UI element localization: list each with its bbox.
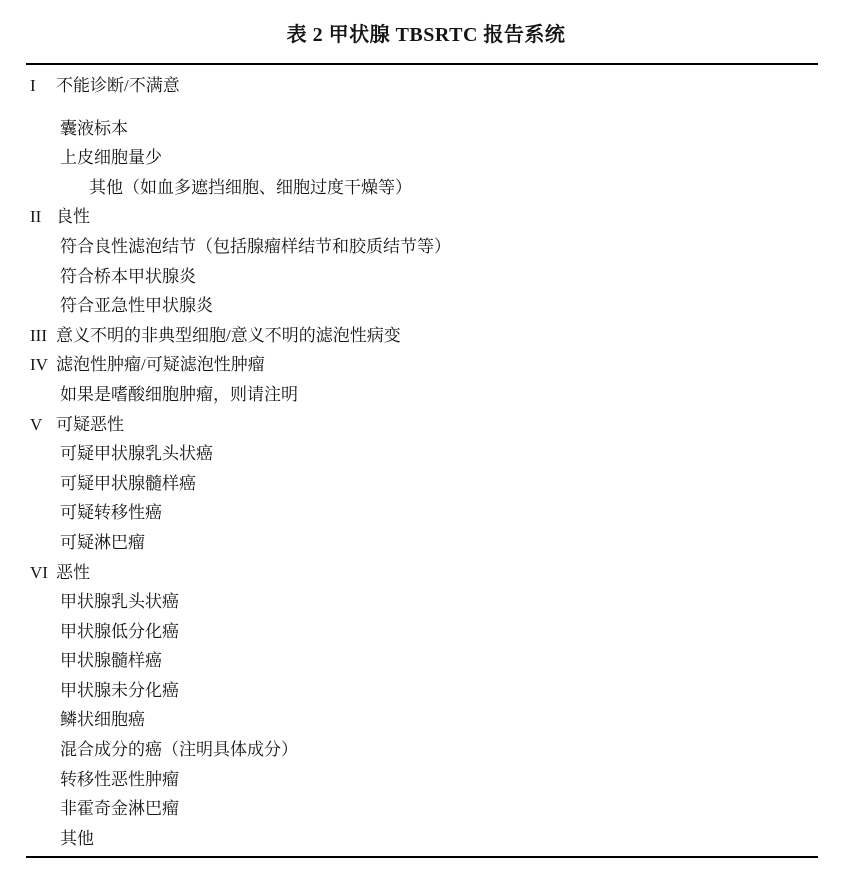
item-row: 甲状腺低分化癌 — [26, 617, 818, 647]
item-row: 上皮细胞量少 — [26, 143, 818, 173]
item-row: 可疑甲状腺乳头状癌 — [26, 439, 818, 469]
category-row-3: III意义不明的非典型细胞/意义不明的滤泡性病变 — [26, 321, 818, 351]
item-row: 其他（如血多遮挡细胞、细胞过度干燥等） — [26, 173, 818, 203]
table-title: 表 2 甲状腺 TBSRTC 报告系统 — [0, 0, 852, 47]
item-row: 甲状腺未分化癌 — [26, 676, 818, 706]
item-row: 非霍奇金淋巴瘤 — [26, 794, 818, 824]
item-label: 符合亚急性甲状腺炎 — [60, 296, 213, 315]
category-label: 恶性 — [56, 563, 90, 582]
category-numeral: II — [30, 202, 56, 232]
item-label: 甲状腺髓样癌 — [60, 651, 162, 670]
item-label: 其他（如血多遮挡细胞、细胞过度干燥等） — [89, 178, 412, 197]
item-row: 混合成分的癌（注明具体成分） — [26, 735, 818, 765]
item-label: 非霍奇金淋巴瘤 — [60, 799, 179, 818]
blank-line — [26, 101, 818, 114]
item-row: 符合亚急性甲状腺炎 — [26, 291, 818, 321]
category-label: 良性 — [56, 207, 90, 226]
item-label: 可疑转移性癌 — [60, 503, 162, 522]
item-label: 符合良性滤泡结节（包括腺瘤样结节和胶质结节等） — [60, 237, 451, 256]
item-label: 囊液标本 — [60, 119, 128, 138]
item-row: 甲状腺髓样癌 — [26, 646, 818, 676]
item-row: 囊液标本 — [26, 114, 818, 144]
item-row: 转移性恶性肿瘤 — [26, 765, 818, 795]
tbsrtc-table: I不能诊断/不满意 囊液标本 上皮细胞量少 其他（如血多遮挡细胞、细胞过度干燥等… — [26, 63, 818, 858]
category-row-4: IV滤泡性肿瘤/可疑滤泡性肿瘤 — [26, 350, 818, 380]
item-row: 其他 — [26, 824, 818, 854]
category-label: 不能诊断/不满意 — [56, 76, 180, 95]
item-label: 上皮细胞量少 — [60, 148, 162, 167]
category-numeral: I — [30, 71, 56, 101]
category-row-5: V可疑恶性 — [26, 410, 818, 440]
category-row-6: VI恶性 — [26, 558, 818, 588]
item-row: 符合良性滤泡结节（包括腺瘤样结节和胶质结节等） — [26, 232, 818, 262]
item-row: 符合桥本甲状腺炎 — [26, 262, 818, 292]
category-row-2: II良性 — [26, 202, 818, 232]
item-label: 甲状腺未分化癌 — [60, 681, 179, 700]
item-label: 甲状腺乳头状癌 — [60, 592, 179, 611]
category-numeral: III — [30, 321, 56, 351]
category-label: 滤泡性肿瘤/可疑滤泡性肿瘤 — [56, 355, 265, 374]
item-row: 甲状腺乳头状癌 — [26, 587, 818, 617]
category-label: 可疑恶性 — [56, 415, 124, 434]
item-row: 如果是嗜酸细胞肿瘤，则请注明 — [26, 380, 818, 410]
item-label: 可疑甲状腺乳头状癌 — [60, 444, 213, 463]
item-row: 可疑转移性癌 — [26, 498, 818, 528]
item-label: 转移性恶性肿瘤 — [60, 770, 179, 789]
item-label: 可疑淋巴瘤 — [60, 533, 145, 552]
category-numeral: V — [30, 410, 56, 440]
item-label: 其他 — [60, 829, 94, 848]
item-row: 鳞状细胞癌 — [26, 705, 818, 735]
item-row: 可疑淋巴瘤 — [26, 528, 818, 558]
item-label: 可疑甲状腺髓样癌 — [60, 474, 196, 493]
item-label: 如果是嗜酸细胞肿瘤，则请注明 — [60, 385, 298, 404]
category-numeral: IV — [30, 350, 56, 380]
item-label: 符合桥本甲状腺炎 — [60, 267, 196, 286]
item-label: 鳞状细胞癌 — [60, 710, 145, 729]
category-label: 意义不明的非典型细胞/意义不明的滤泡性病变 — [56, 326, 401, 345]
item-label: 甲状腺低分化癌 — [60, 622, 179, 641]
item-label: 混合成分的癌（注明具体成分） — [60, 740, 298, 759]
category-numeral: VI — [30, 558, 56, 588]
category-row-1: I不能诊断/不满意 — [26, 71, 818, 101]
document-page: 表 2 甲状腺 TBSRTC 报告系统 I不能诊断/不满意 囊液标本 上皮细胞量… — [0, 0, 852, 873]
item-row: 可疑甲状腺髓样癌 — [26, 469, 818, 499]
